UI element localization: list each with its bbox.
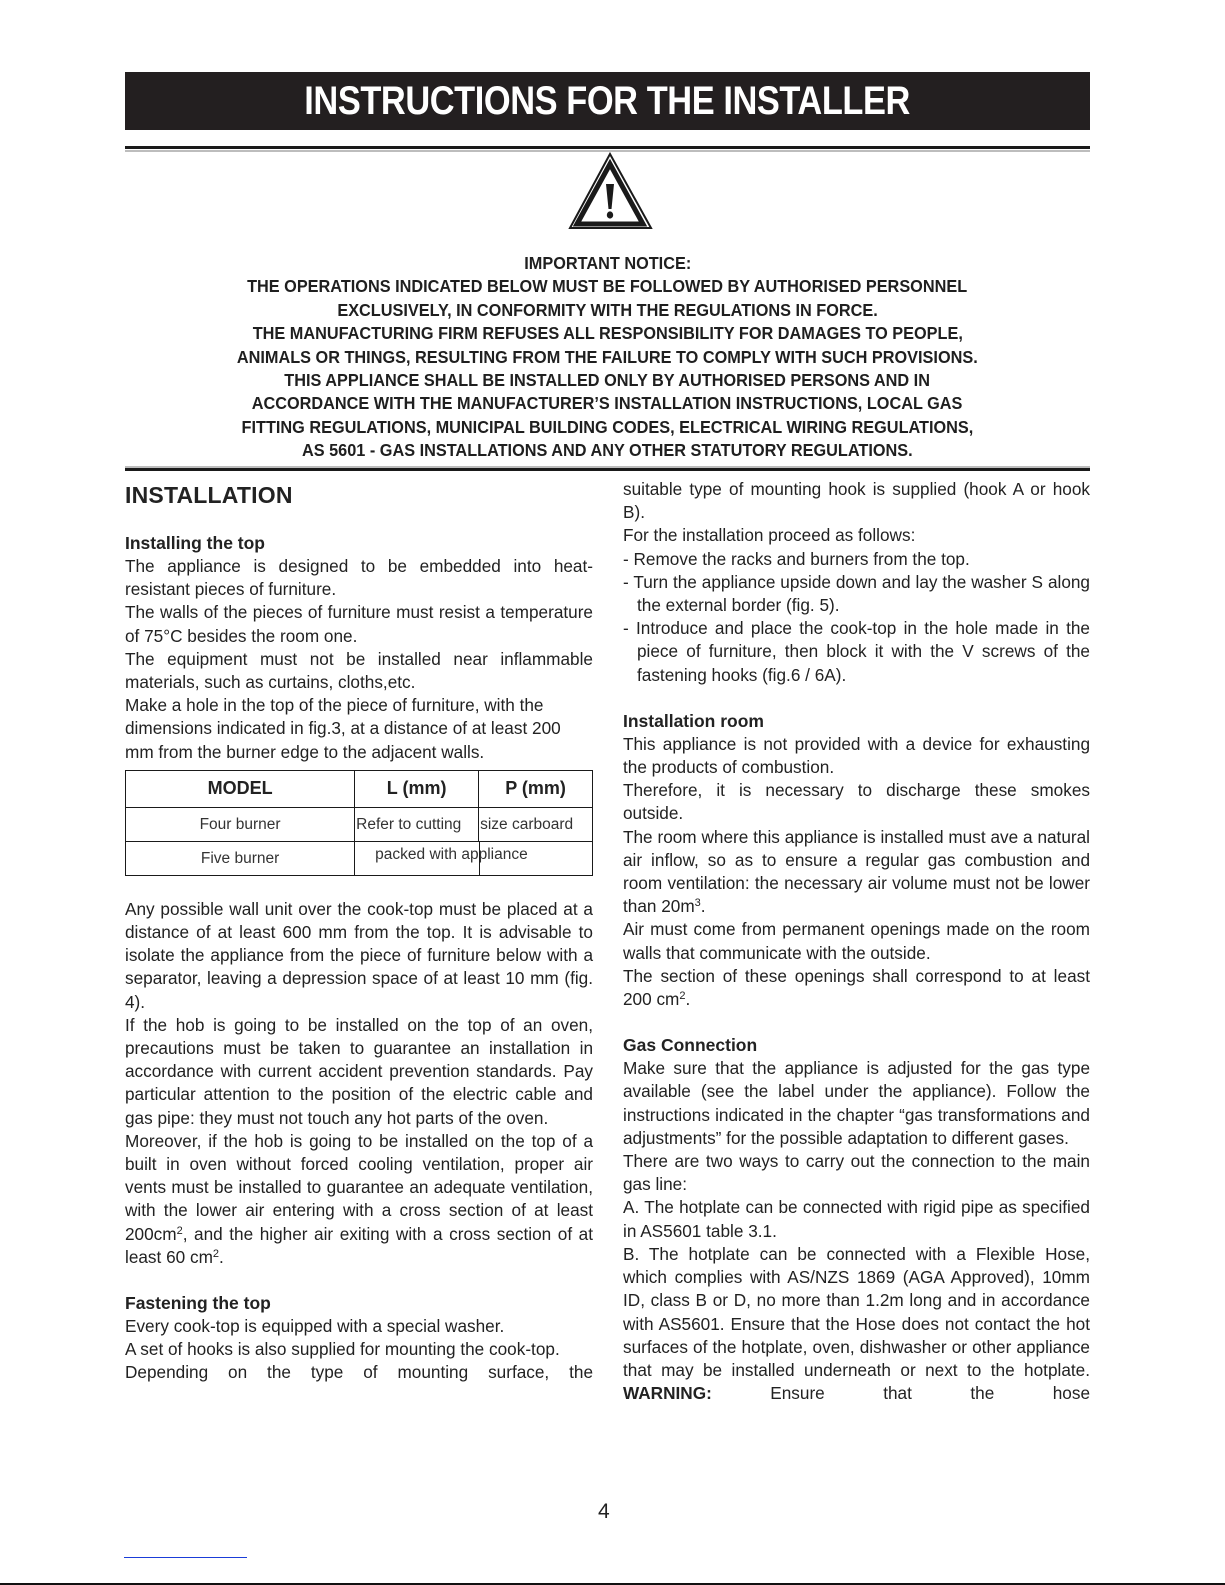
paragraph: Therefore, it is necessary to discharge …	[623, 779, 1090, 825]
right-column: suitable type of mounting hook is suppli…	[623, 478, 1090, 1405]
warning-label: WARNING:	[623, 1383, 712, 1403]
table-row: Five burner packed with appliance	[126, 841, 593, 875]
paragraph: Make a hole in the top of the piece of f…	[125, 694, 593, 764]
merged-note-cell: packed with appliance	[355, 841, 593, 875]
section-heading-installation: INSTALLATION	[125, 480, 593, 510]
column-divider	[479, 842, 480, 875]
footnote-rule	[124, 1557, 247, 1558]
dimensions-table: MODEL L (mm) P (mm) Four burner Refer to…	[125, 770, 593, 876]
notice-line: AS 5601 - GAS INSTALLATIONS AND ANY OTHE…	[302, 439, 913, 462]
notice-line: THIS APPLIANCE SHALL BE INSTALLED ONLY B…	[285, 369, 931, 392]
subheading-installing-top: Installing the top	[125, 532, 593, 555]
paragraph: B. The hotplate can be connected with a …	[623, 1243, 1090, 1405]
subheading-gas-connection: Gas Connection	[623, 1034, 1090, 1057]
page-title: INSTRUCTIONS FOR THE INSTALLER	[305, 72, 911, 130]
paragraph: If the hob is going to be installed on t…	[125, 1014, 593, 1130]
subheading-fastening-top: Fastening the top	[125, 1292, 593, 1315]
list-item: - Remove the racks and burners from the …	[623, 548, 1090, 571]
table-row: Four burner Refer to cutting size carboa…	[126, 807, 593, 841]
paragraph: The walls of the pieces of furniture mus…	[125, 601, 593, 647]
l-cell: Refer to cutting	[355, 807, 479, 841]
notice-line: THE MANUFACTURING FIRM REFUSES ALL RESPO…	[252, 322, 962, 345]
paragraph: Any possible wall unit over the cook-top…	[125, 898, 593, 1014]
paragraph: For the installation proceed as follows:	[623, 524, 1090, 547]
paragraph: Every cook-top is equipped with a specia…	[125, 1315, 593, 1338]
paragraph: The appliance is designed to be embedded…	[125, 555, 593, 601]
table-header-row: MODEL L (mm) P (mm)	[126, 770, 593, 807]
note-text: packed with appliance	[375, 846, 528, 863]
column-header-p: P (mm)	[479, 770, 593, 807]
column-header-l: L (mm)	[355, 770, 479, 807]
paragraph: Moreover, if the hob is going to be inst…	[125, 1130, 593, 1269]
paragraph: A. The hotplate can be connected with ri…	[623, 1196, 1090, 1242]
page-title-banner: INSTRUCTIONS FOR THE INSTALLER	[125, 72, 1090, 130]
list-item: - Turn the appliance upside down and lay…	[623, 571, 1090, 617]
paragraph: Make sure that the appliance is adjusted…	[623, 1057, 1090, 1150]
paragraph: The equipment must not be installed near…	[125, 648, 593, 694]
paragraph: There are two ways to carry out the conn…	[623, 1150, 1090, 1196]
paragraph: A set of hooks is also supplied for moun…	[125, 1338, 593, 1361]
warning-triangle-icon	[565, 152, 655, 232]
paragraph: The section of these openings shall corr…	[623, 965, 1090, 1011]
paragraph: Depending on the type of mounting surfac…	[125, 1361, 593, 1384]
notice-line: ACCORDANCE WITH THE MANUFACTURER’S INSTA…	[252, 392, 963, 415]
paragraph: Air must come from permanent openings ma…	[623, 918, 1090, 964]
model-cell: Five burner	[126, 841, 355, 875]
p-cell: size carboard	[479, 807, 593, 841]
list-item: - Introduce and place the cook-top in th…	[623, 617, 1090, 687]
notice-line: THE OPERATIONS INDICATED BELOW MUST BE F…	[247, 275, 967, 298]
column-header-model: MODEL	[126, 770, 355, 807]
paragraph: The room where this appliance is install…	[623, 826, 1090, 919]
left-column: INSTALLATION Installing the top The appl…	[125, 478, 593, 1385]
notice-line: IMPORTANT NOTICE:	[524, 252, 691, 275]
paragraph: This appliance is not provided with a de…	[623, 733, 1090, 779]
page-number: 4	[598, 1500, 610, 1524]
model-cell: Four burner	[126, 807, 355, 841]
notice-line: EXCLUSIVELY, IN CONFORMITY WITH THE REGU…	[337, 299, 877, 322]
paragraph: suitable type of mounting hook is suppli…	[623, 478, 1090, 524]
notice-line: FITTING REGULATIONS, MUNICIPAL BUILDING …	[242, 416, 974, 439]
subheading-installation-room: Installation room	[623, 710, 1090, 733]
important-notice: IMPORTANT NOTICE: THE OPERATIONS INDICAT…	[125, 252, 1090, 463]
notice-line: ANIMALS OR THINGS, RESULTING FROM THE FA…	[237, 346, 978, 369]
divider-middle	[125, 466, 1090, 471]
